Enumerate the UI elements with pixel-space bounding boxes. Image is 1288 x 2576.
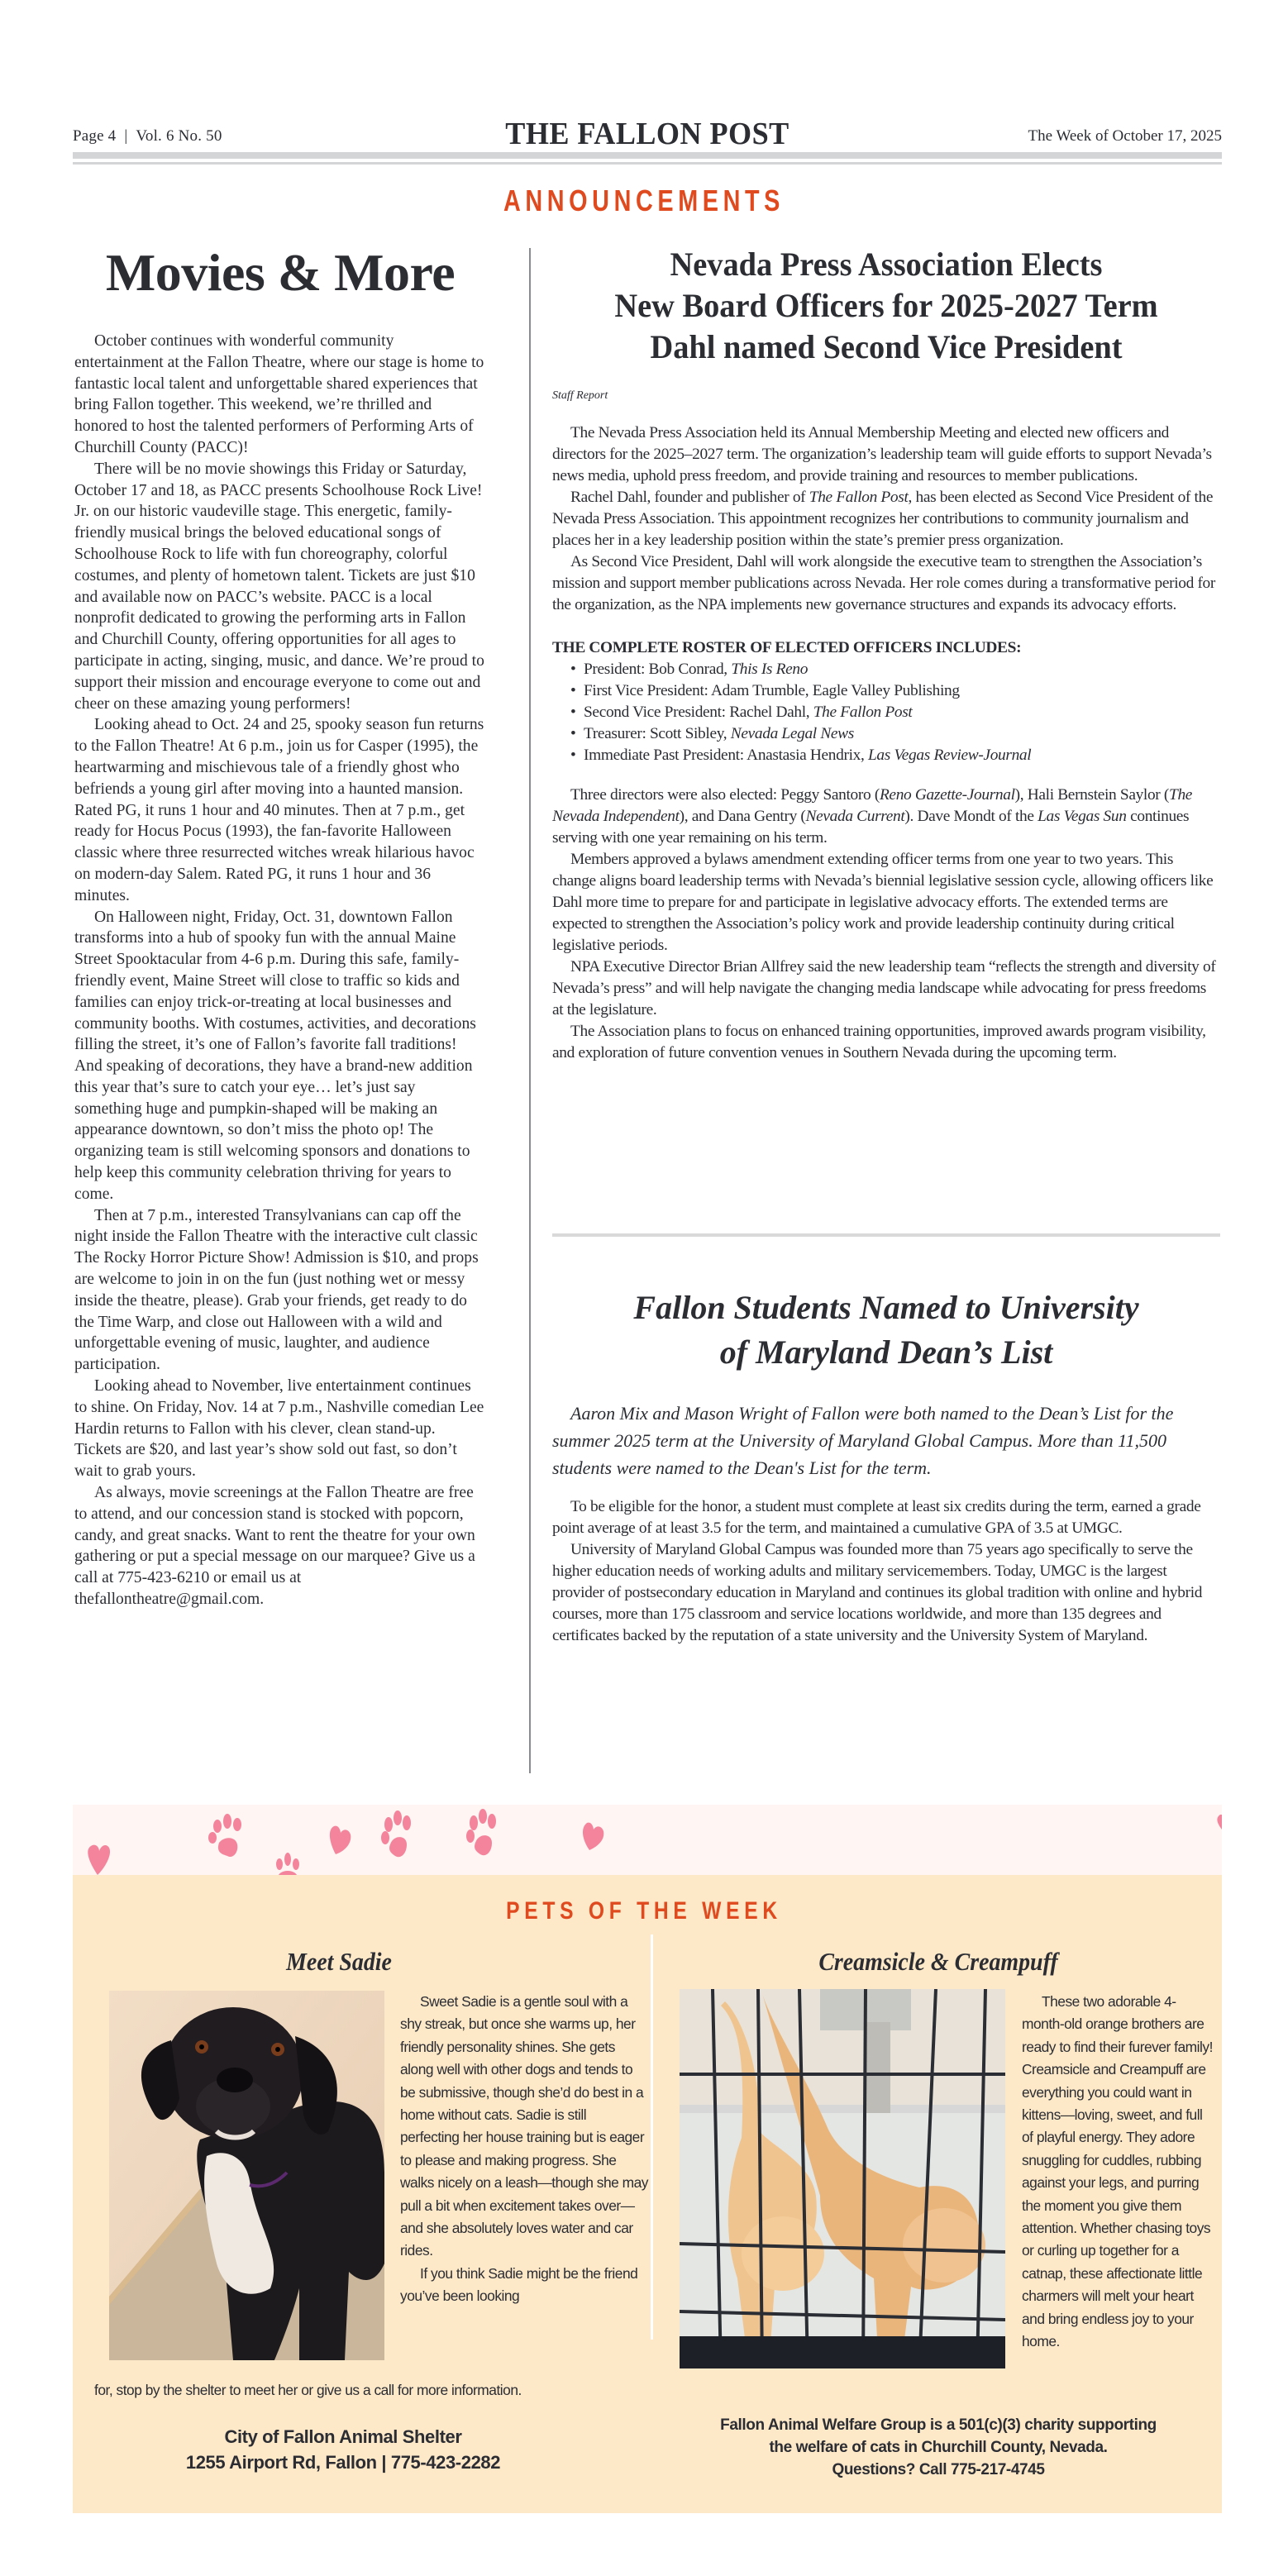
paw-print-banner: [73, 1805, 1222, 1875]
text: Rachel Dahl, founder and publisher of: [570, 489, 809, 506]
roster-item: Treasurer: Scott Sibley, Nevada Legal Ne…: [570, 723, 1220, 745]
paragraph: Rachel Dahl, founder and publisher of Th…: [552, 487, 1220, 551]
kittens-photo-icon: [680, 1989, 1005, 2368]
publication-name: The Fallon Post: [809, 489, 909, 506]
shelter-address-phone: 1255 Airport Rd, Fallon | 775-423-2282: [83, 2450, 603, 2475]
text: ). Dave Mondt of the: [904, 808, 1038, 825]
masthead-rule: [73, 152, 1222, 159]
paragraph: NPA Executive Director Brian Allfrey sai…: [552, 956, 1220, 1021]
outlet: Nevada Current: [806, 808, 905, 825]
officer: Immediate Past President: Anastasia Hend…: [584, 747, 868, 764]
paragraph: The Nevada Press Association held its An…: [552, 422, 1220, 487]
section-label-announcements: ANNOUNCEMENTS: [129, 184, 1159, 218]
pet-name-sadie: Meet Sadie: [108, 1947, 570, 1977]
npa-article: Nevada Press Association Elects New Boar…: [552, 244, 1220, 1064]
dog-photo-icon: [109, 1991, 384, 2360]
paragraph: Members approved a bylaws amendment exte…: [552, 849, 1220, 956]
deans-list-article: Fallon Students Named to University of M…: [552, 1286, 1220, 1647]
officer: Second Vice President: Rachel Dahl,: [584, 704, 813, 721]
lede-paragraph: Aaron Mix and Mason Wright of Fallon wer…: [552, 1400, 1220, 1481]
roster-item: First Vice President: Adam Trumble, Eagl…: [570, 680, 1220, 702]
paragraph: University of Maryland Global Campus was…: [552, 1539, 1220, 1647]
shelter-contact: City of Fallon Animal Shelter 1255 Airpo…: [83, 2424, 603, 2475]
officer: Treasurer: Scott Sibley,: [584, 725, 731, 742]
paragraph: If you think Sadie might be the friend y…: [400, 2263, 648, 2308]
deans-lede: Aaron Mix and Mason Wright of Fallon wer…: [552, 1400, 1220, 1481]
spacer: [552, 766, 1220, 785]
movies-article: Movies & More October continues with won…: [74, 240, 486, 1610]
paragraph: These two adorable 4-month-old orange br…: [1022, 1991, 1214, 2354]
movies-headline: Movies & More: [74, 240, 486, 306]
paragraph: Looking ahead to Oct. 24 and 25, spooky …: [74, 714, 486, 906]
outlet: Las Vegas Sun: [1038, 808, 1127, 825]
officer: President: Bob Conrad,: [584, 661, 731, 678]
npa-body: The Nevada Press Association held its An…: [552, 422, 1220, 1064]
headline-line: Dahl named Second Vice President: [565, 327, 1207, 368]
article-divider: [552, 1233, 1220, 1237]
paragraph: To be eligible for the honor, a student …: [552, 1496, 1220, 1539]
roster-item: Second Vice President: Rachel Dahl, The …: [570, 702, 1220, 723]
text: ), and Dana Gentry (: [680, 808, 806, 825]
roster-item: President: Bob Conrad, This Is Reno: [570, 659, 1220, 680]
contact-line: Questions? Call 775-217-4745: [661, 2459, 1215, 2481]
welfare-group-contact: Fallon Animal Welfare Group is a 501(c)(…: [661, 2414, 1215, 2481]
text: ), Hali Bernstein Saylor (: [1015, 786, 1169, 804]
byline: Staff Report: [552, 389, 1220, 403]
deans-headline: Fallon Students Named to University of M…: [552, 1286, 1220, 1375]
sadie-description: Sweet Sadie is a gentle soul with a shy …: [400, 1991, 648, 2308]
outlet: Las Vegas Review-Journal: [868, 747, 1031, 764]
cats-description: These two adorable 4-month-old orange br…: [1022, 1991, 1214, 2354]
paragraph: Looking ahead to November, live entertai…: [74, 1376, 486, 1482]
shelter-name: City of Fallon Animal Shelter: [83, 2424, 603, 2450]
roster-heading: THE COMPLETE ROSTER OF ELECTED OFFICERS …: [552, 637, 1220, 659]
cats-photo: [680, 1989, 1005, 2368]
headline-line: New Board Officers for 2025-2027 Term: [565, 285, 1207, 327]
paragraph: On Halloween night, Friday, Oct. 31, dow…: [74, 907, 486, 1205]
pet-name-cats: Creamsicle & Creampuff: [689, 1947, 1188, 1977]
paragraph: The Association plans to focus on enhanc…: [552, 1021, 1220, 1064]
npa-headline: Nevada Press Association Elects New Boar…: [565, 244, 1207, 368]
paragraph: Then at 7 p.m., interested Transylvanian…: [74, 1205, 486, 1376]
headline-line: of Maryland Dean’s List: [552, 1330, 1220, 1375]
masthead-rule-thin: [73, 162, 1222, 165]
headline-line: Nevada Press Association Elects: [565, 244, 1207, 285]
masthead: Page 4|Vol. 6 No. 50 THE FALLON POST The…: [73, 116, 1222, 157]
roster-item: Immediate Past President: Anastasia Hend…: [570, 745, 1220, 766]
deans-body: To be eligible for the honor, a student …: [552, 1496, 1220, 1647]
sadie-photo: [109, 1991, 384, 2360]
pets-column-divider: [651, 1934, 653, 2340]
paragraph: October continues with wonderful communi…: [74, 331, 486, 459]
section-label-pets: PETS OF THE WEEK: [116, 1897, 1172, 1925]
paw-print-pattern-icon: [73, 1805, 1222, 1875]
officer-roster: President: Bob Conrad, This Is Reno Firs…: [552, 659, 1220, 766]
contact-line: Fallon Animal Welfare Group is a 501(c)(…: [661, 2414, 1215, 2436]
movies-body: October continues with wonderful communi…: [74, 331, 486, 1610]
officer: First Vice President: Adam Trumble, Eagl…: [584, 682, 960, 699]
paragraph: Three directors were also elected: Peggy…: [552, 785, 1220, 849]
outlet: Reno Gazette-Journal: [880, 786, 1015, 804]
issue-date: The Week of October 17, 2025: [1028, 127, 1223, 145]
paragraph: There will be no movie showings this Fri…: [74, 459, 486, 715]
text: Three directors were also elected: Peggy…: [570, 786, 880, 804]
outlet: Nevada Legal News: [731, 725, 854, 742]
sadie-description-continued: for, stop by the shelter to meet her or …: [94, 2379, 656, 2402]
column-divider: [529, 248, 531, 1773]
paragraph: As Second Vice President, Dahl will work…: [552, 551, 1220, 616]
outlet: This Is Reno: [731, 661, 808, 678]
paragraph: Sweet Sadie is a gentle soul with a shy …: [400, 1991, 648, 2263]
contact-line: the welfare of cats in Churchill County,…: [661, 2436, 1215, 2459]
outlet: The Fallon Post: [813, 704, 913, 721]
paragraph: As always, movie screenings at the Fallo…: [74, 1482, 486, 1610]
headline-line: Fallon Students Named to University: [552, 1286, 1220, 1330]
